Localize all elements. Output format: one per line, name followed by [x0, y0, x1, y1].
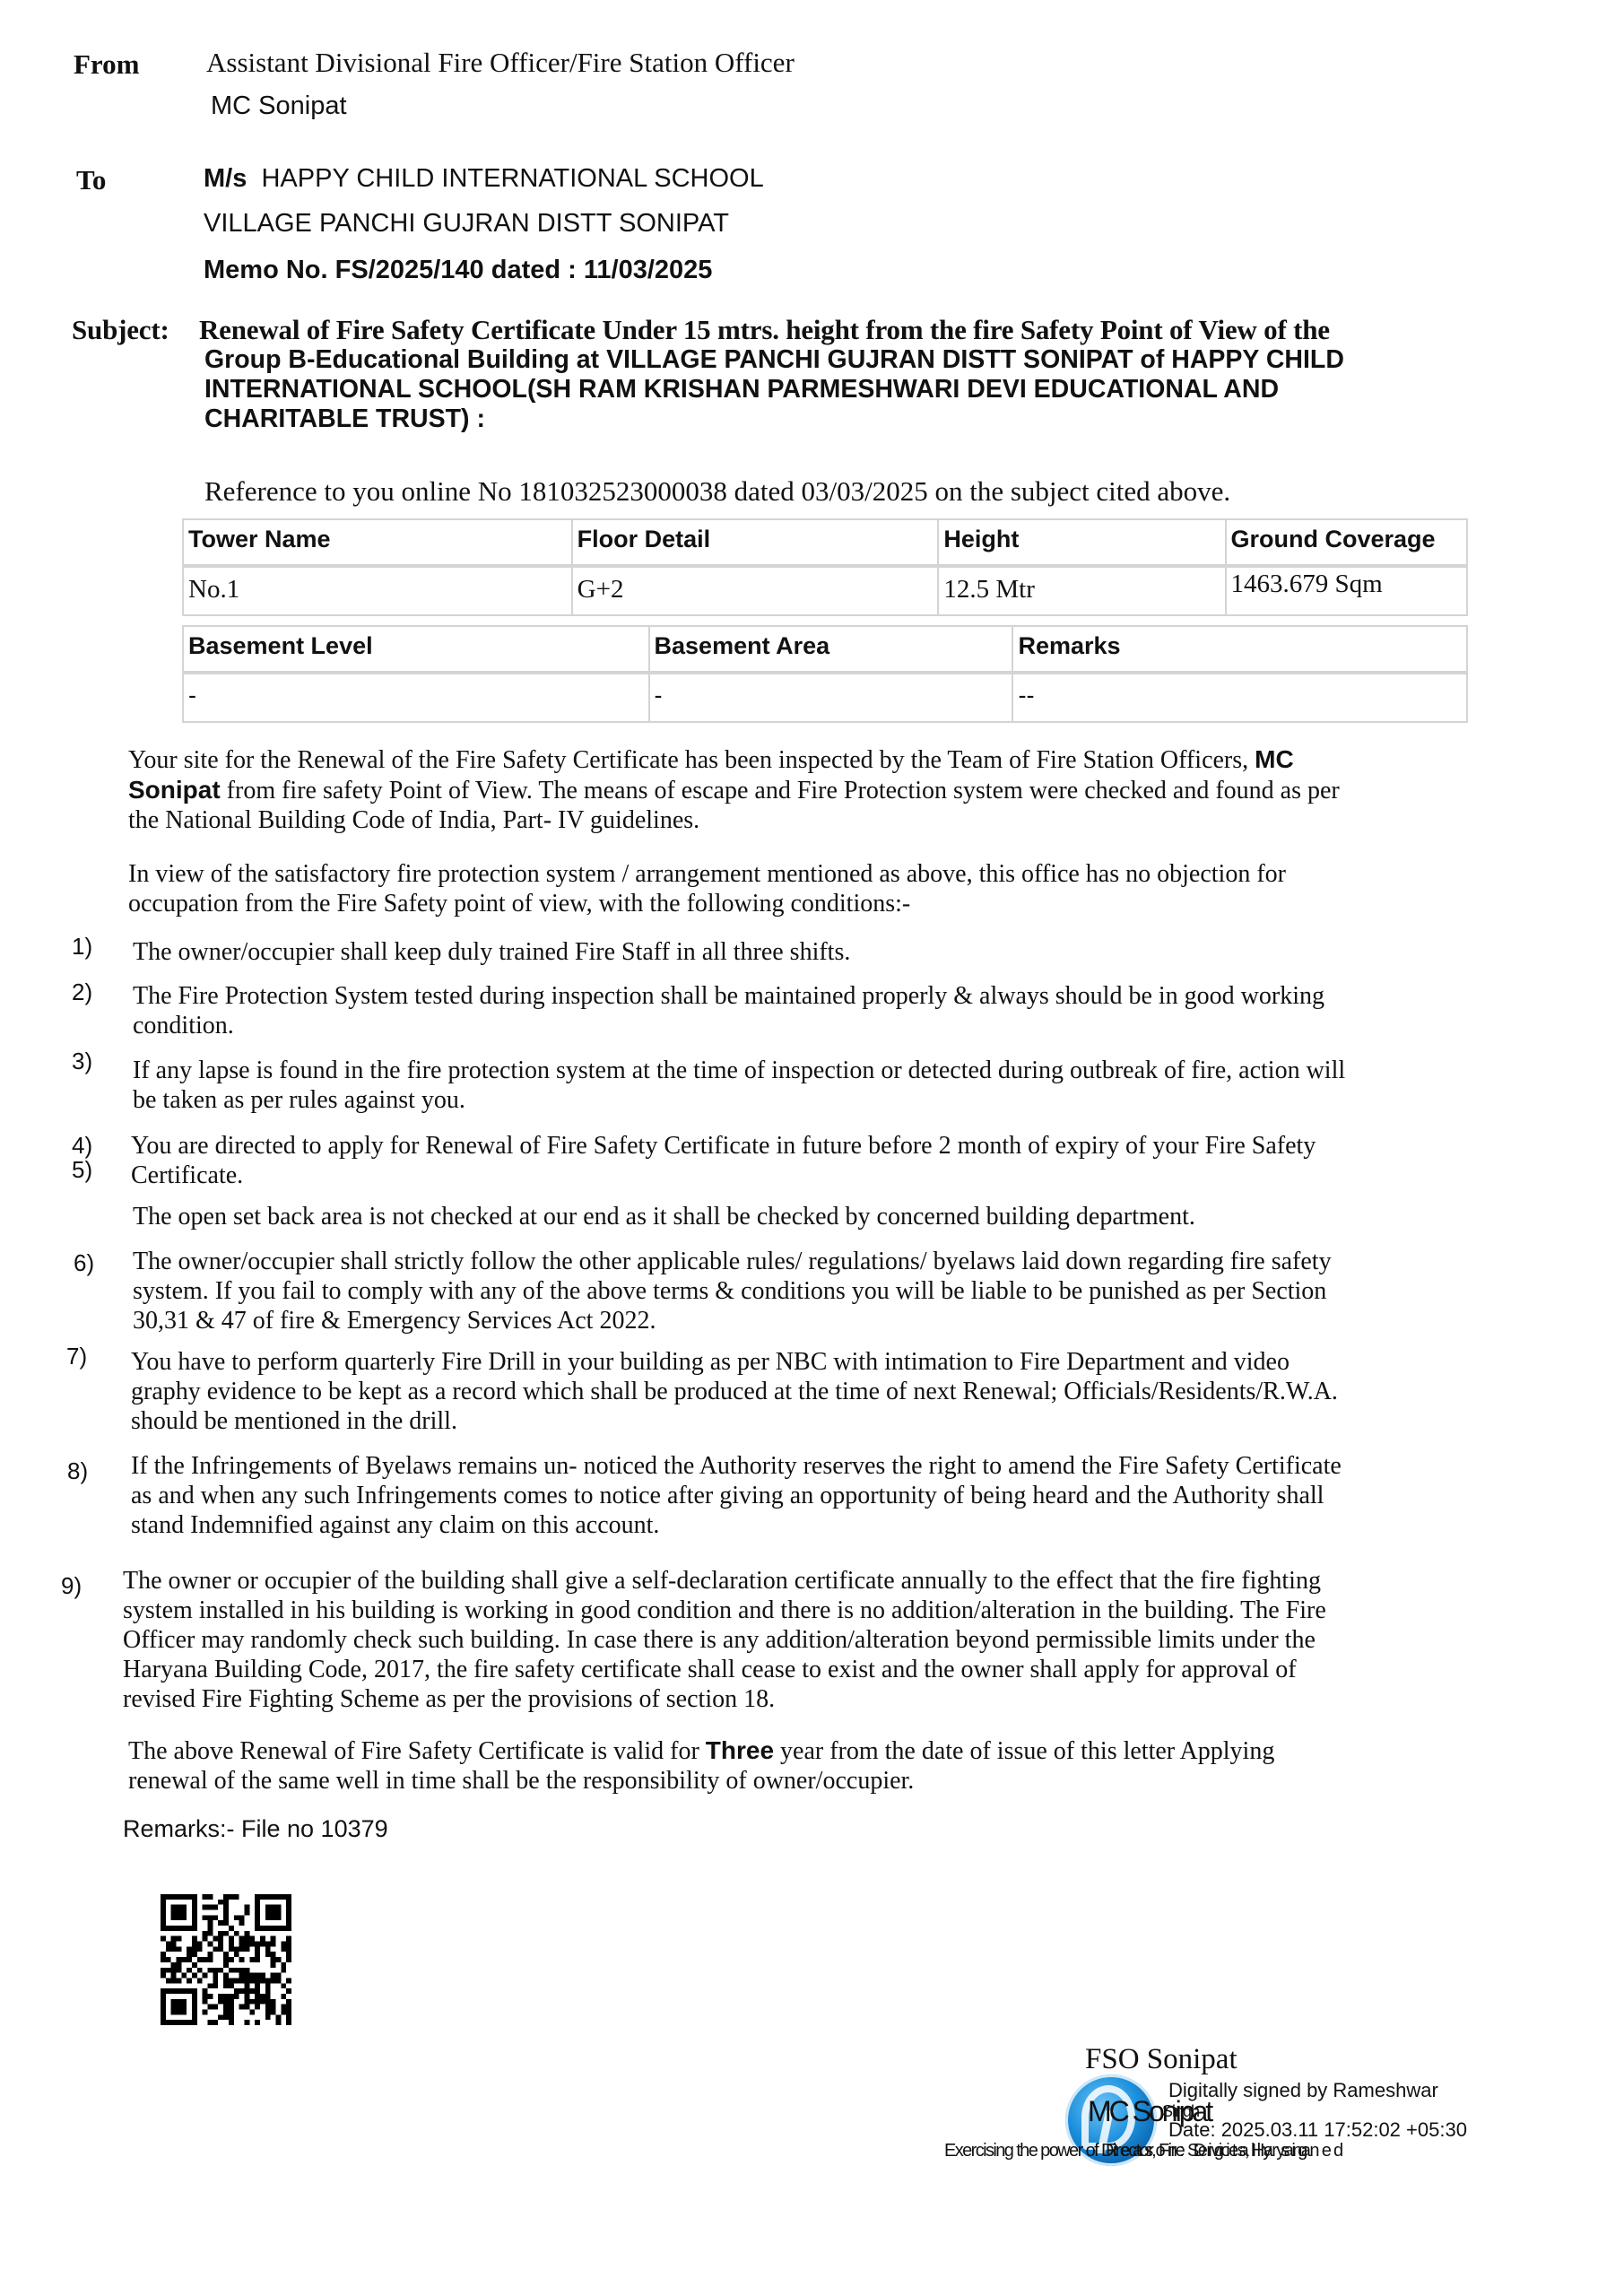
- condition-number: 3): [72, 1048, 92, 1075]
- subject-line-3: INTERNATIONAL SCHOOL(SH RAM KRISHAN PARM…: [204, 375, 1279, 404]
- condition-item: You have to perform quarterly Fire Drill…: [131, 1347, 1338, 1436]
- condition-line: Certificate.: [131, 1161, 1316, 1190]
- cell-basement-area: -: [650, 674, 1014, 721]
- inspection-bold-mc: MC: [1255, 745, 1294, 773]
- condition-item: The Fire Protection System tested during…: [133, 981, 1324, 1040]
- condition-line: You have to perform quarterly Fire Drill…: [131, 1347, 1338, 1377]
- condition-line: system. If you fail to comply with any o…: [133, 1276, 1332, 1306]
- noc-paragraph: In view of the satisfactory fire protect…: [128, 859, 1286, 918]
- header-basement-area: Basement Area: [650, 627, 1014, 674]
- recipient-school: HAPPY CHILD INTERNATIONAL SCHOOL: [261, 164, 763, 193]
- condition-line: be taken as per rules against you.: [133, 1085, 1345, 1115]
- cell-ground-coverage: 1463.679 Sqm: [1227, 568, 1466, 614]
- inspection-bold-sonipat: Sonipat: [128, 776, 221, 804]
- header-remarks: Remarks: [1013, 627, 1466, 674]
- subject-line-2: Group B-Educational Building at VILLAGE …: [204, 345, 1344, 375]
- inspection-text-1: Your site for the Renewal of the Fire Sa…: [128, 746, 1248, 774]
- condition-number: 2): [72, 978, 92, 1006]
- noc-line-1: In view of the satisfactory fire protect…: [128, 859, 1286, 889]
- table-header-row: Basement Level Basement Area Remarks: [184, 627, 1466, 674]
- cell-tower-name: No.1: [184, 568, 573, 614]
- signature-date: Date: 2025.03.11 17:52:02 +05:30: [1168, 2118, 1467, 2142]
- condition-line: condition.: [133, 1011, 1324, 1040]
- basement-details-table: Basement Level Basement Area Remarks - -…: [182, 625, 1468, 723]
- condition-item: If any lapse is found in the fire protec…: [133, 1056, 1345, 1115]
- condition-item: You are directed to apply for Renewal of…: [131, 1131, 1316, 1190]
- inspection-text-2: from fire safety Point of View. The mean…: [227, 777, 1340, 804]
- from-label: From: [74, 48, 139, 81]
- condition-line: graphy evidence to be kept as a record w…: [131, 1377, 1338, 1406]
- table-row: - - --: [184, 674, 1466, 721]
- condition-number: 6): [74, 1249, 94, 1277]
- noc-line-2: occupation from the Fire Safety point of…: [128, 889, 1286, 918]
- validity-paragraph: The above Renewal of Fire Safety Certifi…: [128, 1735, 1274, 1796]
- condition-line: The owner/occupier shall strictly follow…: [133, 1247, 1332, 1276]
- recipient-name: M/s HAPPY CHILD INTERNATIONAL SCHOOL: [204, 164, 764, 194]
- cell-floor-detail: G+2: [573, 568, 940, 614]
- table-row: No.1 G+2 12.5 Mtr 1463.679 Sqm: [184, 568, 1466, 614]
- reference-line: Reference to you online No 1810325230000…: [204, 475, 1230, 508]
- validity-text-post: year from the date of issue of this lett…: [780, 1737, 1274, 1765]
- condition-line: The owner or occupier of the building sh…: [123, 1566, 1326, 1596]
- condition-line: The open set back area is not checked at…: [133, 1202, 1195, 1231]
- signature-office: FSO Sonipat: [1085, 2043, 1238, 2076]
- condition-line: Haryana Building Code, 2017, the fire sa…: [123, 1655, 1326, 1684]
- from-office: Assistant Divisional Fire Officer/Fire S…: [206, 47, 795, 79]
- condition-item: The open set back area is not checked at…: [133, 1202, 1195, 1231]
- to-label: To: [76, 164, 106, 196]
- validity-text-pre: The above Renewal of Fire Safety Certifi…: [128, 1737, 699, 1765]
- condition-line: The owner/occupier shall keep duly train…: [133, 937, 850, 967]
- header-ground-coverage: Ground Coverage: [1227, 520, 1466, 568]
- condition-line: stand Indemnified against any claim on t…: [131, 1510, 1342, 1540]
- condition-item: The owner/occupier shall keep duly train…: [133, 937, 850, 967]
- condition-item: If the Infringements of Byelaws remains …: [131, 1451, 1342, 1540]
- condition-item: The owner or occupier of the building sh…: [123, 1566, 1326, 1714]
- subject-line-4: CHARITABLE TRUST) :: [204, 404, 485, 434]
- memo-number: Memo No. FS/2025/140 dated : 11/03/2025: [204, 256, 712, 285]
- condition-line: system installed in his building is work…: [123, 1596, 1326, 1625]
- validity-line-2: renewal of the same well in time shall b…: [128, 1766, 1274, 1796]
- signature-reason-overlay: Reason: Digitally signed: [1106, 2141, 1345, 2161]
- condition-line: should be mentioned in the drill.: [131, 1406, 1338, 1436]
- table-header-row: Tower Name Floor Detail Height Ground Co…: [184, 520, 1466, 568]
- condition-number: 7): [66, 1343, 87, 1370]
- inspection-text-3: the National Building Code of India, Par…: [128, 805, 1491, 835]
- recipient-address: VILLAGE PANCHI GUJRAN DISTT SONIPAT: [204, 209, 729, 239]
- header-height: Height: [939, 520, 1226, 568]
- header-floor-detail: Floor Detail: [573, 520, 940, 568]
- cell-basement-level: -: [184, 674, 650, 721]
- building-details-table: Tower Name Floor Detail Height Ground Co…: [182, 518, 1468, 616]
- condition-line: If any lapse is found in the fire protec…: [133, 1056, 1345, 1085]
- header-tower-name: Tower Name: [184, 520, 573, 568]
- condition-line: 30,31 & 47 of fire & Emergency Services …: [133, 1306, 1332, 1335]
- condition-line: Officer may randomly check such building…: [123, 1625, 1326, 1655]
- condition-number: 9): [61, 1572, 82, 1600]
- validity-term: Three: [706, 1736, 774, 1764]
- condition-number: 8): [67, 1457, 88, 1485]
- condition-line: The Fire Protection System tested during…: [133, 981, 1324, 1011]
- condition-number: 1): [72, 933, 92, 961]
- cell-remarks: --: [1013, 674, 1466, 721]
- qr-code-icon: [160, 1894, 292, 2025]
- condition-number: 5): [72, 1156, 92, 1184]
- inspection-paragraph: Your site for the Renewal of the Fire Sa…: [128, 744, 1491, 835]
- condition-line: If the Infringements of Byelaws remains …: [131, 1451, 1342, 1481]
- recipient-prefix: M/s: [204, 164, 247, 193]
- remarks-file-no: Remarks:- File no 10379: [123, 1815, 388, 1843]
- condition-item: The owner/occupier shall strictly follow…: [133, 1247, 1332, 1335]
- condition-line: as and when any such Infringements comes…: [131, 1481, 1342, 1510]
- subject-line-1: Renewal of Fire Safety Certificate Under…: [199, 314, 1330, 346]
- condition-line: You are directed to apply for Renewal of…: [131, 1131, 1316, 1161]
- header-basement-level: Basement Level: [184, 627, 650, 674]
- subject-label: Subject:: [72, 314, 169, 346]
- cell-height: 12.5 Mtr: [939, 568, 1226, 614]
- from-location: MC Sonipat: [211, 91, 347, 121]
- condition-line: revised Fire Fighting Scheme as per the …: [123, 1684, 1326, 1714]
